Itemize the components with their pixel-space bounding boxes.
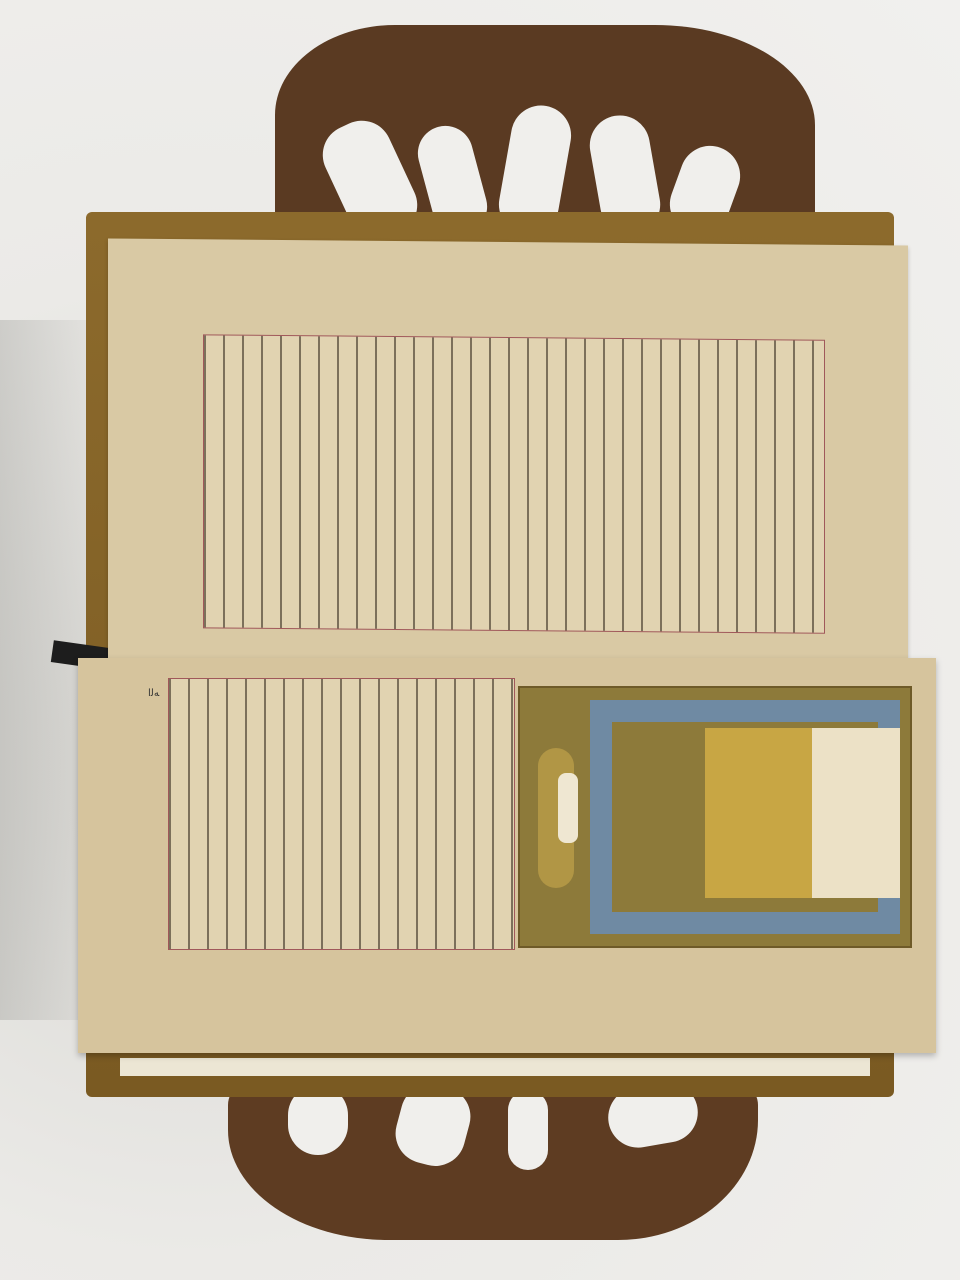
book-stand-bottom <box>228 1075 758 1240</box>
illuminated-headpiece <box>518 686 912 948</box>
folio-note: ﻪﻟﺍ <box>148 688 159 699</box>
stand-cutout <box>508 1090 548 1170</box>
cartouche-title <box>558 773 578 843</box>
manuscript-page-top <box>108 239 908 666</box>
gold-arabesque-panel <box>705 728 900 898</box>
image-subject: Open illuminated manuscript on a carved … <box>10 10 394 23</box>
manuscript-page-bottom: ﻪﻟﺍ <box>78 658 936 1053</box>
calligraphy-text-block <box>203 334 825 633</box>
calligraphy-text-block <box>168 678 515 950</box>
page-edges <box>120 1058 870 1076</box>
